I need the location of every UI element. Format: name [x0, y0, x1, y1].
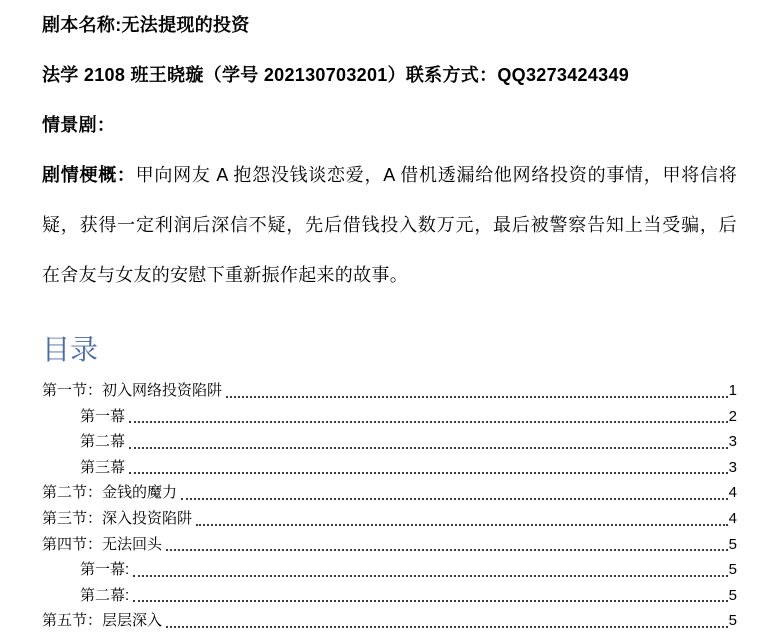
toc-entry-label: 第五节：层层深入	[42, 608, 162, 634]
toc-entry-label: 第一幕	[80, 404, 125, 430]
toc-entry[interactable]: 第五节：层层深入5	[42, 608, 737, 634]
toc-entry-page-number: 4	[729, 480, 737, 506]
toc-dot-leader	[166, 608, 728, 628]
toc-entry[interactable]: 第三节：深入投资陷阱4	[42, 506, 737, 532]
toc-entry-label: 第一节：初入网络投资陷阱	[42, 378, 222, 404]
toc-heading: 目录	[42, 330, 737, 370]
toc-entry-page-number: 2	[729, 404, 737, 430]
toc-entry-page-number: 5	[729, 532, 737, 558]
document-page: 剧本名称:无法提现的投资 法学 2108 班王晓璇（学号 20213070320…	[0, 0, 759, 637]
toc-list: 第一节：初入网络投资陷阱1第一幕2第二幕3第三幕3第二节：金钱的魔力4第三节：深…	[42, 378, 737, 634]
synopsis-text: 甲向网友 A 抱怨没钱谈恋爱，A 借机透漏给他网络投资的事情，甲将信将疑，获得一…	[42, 165, 737, 285]
toc-entry-label: 第二幕:	[80, 583, 129, 609]
toc-dot-leader	[166, 532, 728, 552]
toc-dot-leader	[129, 455, 728, 475]
toc-dot-leader	[129, 429, 728, 449]
script-title: 剧本名称:无法提现的投资	[42, 0, 737, 50]
toc-entry-label: 第二幕	[80, 429, 125, 455]
toc-entry-page-number: 5	[729, 583, 737, 609]
toc-entry-label: 第三节：深入投资陷阱	[42, 506, 192, 532]
toc-entry-page-number: 1	[729, 378, 737, 404]
toc-entry[interactable]: 第一幕2	[42, 404, 737, 430]
synopsis-label: 剧情梗概：	[42, 165, 136, 185]
toc-entry-label: 第三幕	[80, 455, 125, 481]
author-contact-line: 法学 2108 班王晓璇（学号 202130703201）联系方式：QQ3273…	[42, 50, 737, 100]
toc-entry[interactable]: 第一幕:5	[42, 557, 737, 583]
toc-entry[interactable]: 第二幕:5	[42, 583, 737, 609]
toc-dot-leader	[196, 506, 728, 526]
toc-entry[interactable]: 第三幕3	[42, 455, 737, 481]
toc-dot-leader	[133, 557, 727, 577]
toc-entry-page-number: 3	[729, 429, 737, 455]
toc-dot-leader	[226, 378, 728, 398]
toc-entry-label: 第二节：金钱的魔力	[42, 480, 177, 506]
toc-entry-page-number: 5	[729, 557, 737, 583]
toc-entry[interactable]: 第二节：金钱的魔力4	[42, 480, 737, 506]
genre-line: 情景剧：	[42, 100, 737, 150]
toc-dot-leader	[133, 583, 727, 603]
toc-entry-page-number: 5	[729, 608, 737, 634]
toc-entry-page-number: 3	[729, 455, 737, 481]
toc-entry-label: 第四节：无法回头	[42, 532, 162, 558]
toc-dot-leader	[181, 480, 728, 500]
synopsis-paragraph: 剧情梗概：甲向网友 A 抱怨没钱谈恋爱，A 借机透漏给他网络投资的事情，甲将信将…	[42, 150, 737, 300]
toc-dot-leader	[129, 404, 728, 424]
toc-entry[interactable]: 第四节：无法回头5	[42, 532, 737, 558]
toc-entry-label: 第一幕:	[80, 557, 129, 583]
toc-entry-page-number: 4	[729, 506, 737, 532]
toc-entry[interactable]: 第一节：初入网络投资陷阱1	[42, 378, 737, 404]
toc-entry[interactable]: 第二幕3	[42, 429, 737, 455]
